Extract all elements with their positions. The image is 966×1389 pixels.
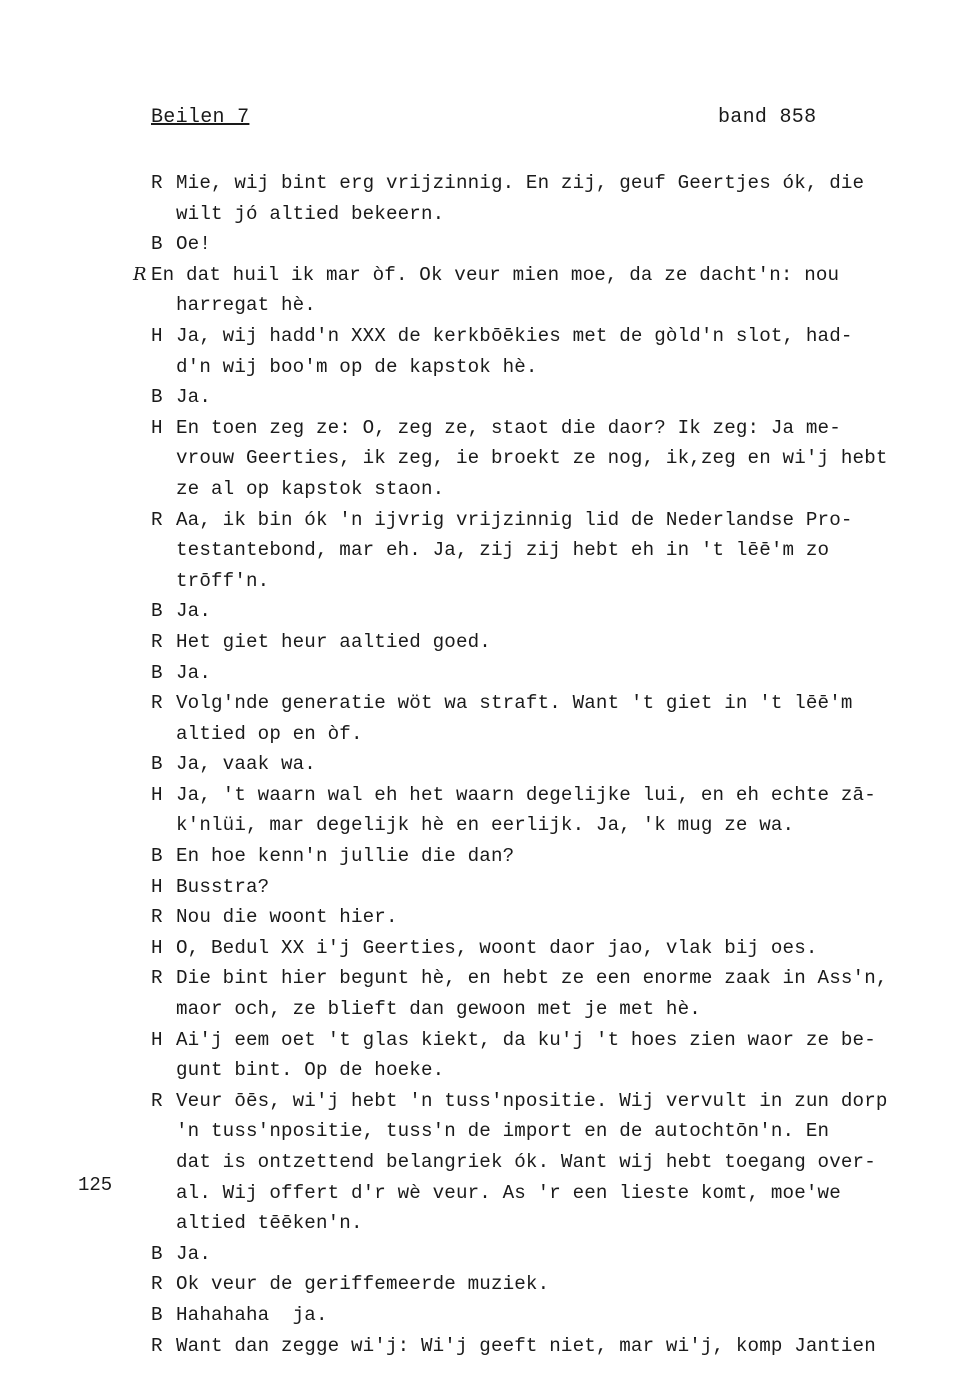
transcript-utterance: RVolg'nde generatie wöt wa straft. Want … — [151, 688, 951, 719]
transcript-utterance: HAi'j eem oet 't glas kiekt, da ku'j 't … — [151, 1025, 951, 1056]
transcript-utterance: HEn toen zeg ze: O, zeg ze, staot die da… — [151, 413, 951, 444]
speaker-label: H — [151, 872, 176, 903]
transcript-continuation: altied tēēken'n. — [151, 1208, 951, 1239]
utterance-text: d'n wij boo'm op de kapstok hè. — [176, 356, 538, 378]
speaker-label: B — [151, 596, 176, 627]
utterance-text: Busstra? — [176, 876, 269, 898]
transcript-utterance: BJa. — [151, 382, 951, 413]
speaker-label: H — [151, 780, 176, 811]
speaker-label: B — [151, 841, 176, 872]
transcript-utterance: RHet giet heur aaltied goed. — [151, 627, 951, 658]
margin-line-number: 125 — [78, 1174, 112, 1196]
utterance-text: ze al op kapstok staon. — [176, 478, 444, 500]
utterance-text: altied op en òf. — [176, 723, 363, 745]
speaker-label: H — [151, 933, 176, 964]
transcript-utterance: BHahahaha ja. — [151, 1300, 951, 1331]
utterance-text: maor och, ze blieft dan gewoon met je me… — [176, 998, 701, 1020]
utterance-text: Mie, wij bint erg vrijzinnig. En zij, ge… — [176, 172, 864, 194]
transcript-continuation: harregat hè. — [151, 290, 951, 321]
transcript-utterance: BJa, vaak wa. — [151, 749, 951, 780]
tape-number-header: band 858 — [718, 106, 816, 129]
transcript-utterance: BJa. — [151, 596, 951, 627]
utterance-text: gunt bint. Op de hoeke. — [176, 1059, 444, 1081]
transcript-body: RMie, wij bint erg vrijzinnig. En zij, g… — [151, 168, 951, 1361]
utterance-text: Veur ōēs, wi'j hebt 'n tuss'npositie. Wi… — [176, 1090, 888, 1112]
transcript-continuation: k'nlüi, mar degelijk hè en eerlijk. Ja, … — [151, 810, 951, 841]
transcript-utterance: BEn hoe kenn'n jullie die dan? — [151, 841, 951, 872]
utterance-text: Ok veur de geriffemeerde muziek. — [176, 1273, 549, 1295]
transcript-utterance: BJa. — [151, 658, 951, 689]
transcript-utterance: RVeur ōēs, wi'j hebt 'n tuss'npositie. W… — [151, 1086, 951, 1117]
utterance-text: Aa, ik bin ók 'n ijvrig vrijzinnig lid d… — [176, 509, 853, 531]
transcript-continuation: REn dat huil ik mar òf. Ok veur mien moe… — [151, 260, 951, 291]
transcript-continuation: trōff'n. — [151, 566, 951, 597]
utterance-text: al. Wij offert d'r wè veur. As 'r een li… — [176, 1182, 841, 1204]
transcript-utterance: RNou die woont hier. — [151, 902, 951, 933]
speaker-label: R — [151, 1086, 176, 1117]
transcript-utterance: ROk veur de geriffemeerde muziek. — [151, 1269, 951, 1300]
speaker-label: B — [151, 1300, 176, 1331]
speaker-label: R — [151, 1331, 176, 1362]
transcript-continuation: dat is ontzettend belangriek ók. Want wi… — [151, 1147, 951, 1178]
handwritten-speaker-mark: R — [133, 260, 147, 291]
utterance-text: Oe! — [176, 233, 211, 255]
speaker-label: R — [151, 505, 176, 536]
transcript-utterance: BJa. — [151, 1239, 951, 1270]
utterance-text: Het giet heur aaltied goed. — [176, 631, 491, 653]
utterance-text: Ja. — [176, 600, 211, 622]
transcript-utterance: BOe! — [151, 229, 951, 260]
transcript-utterance: HO, Bedul XX i'j Geerties, woont daor ja… — [151, 933, 951, 964]
speaker-label: R — [151, 627, 176, 658]
transcript-utterance: HBusstra? — [151, 872, 951, 903]
utterance-text: Hahahaha ja. — [176, 1304, 328, 1326]
speaker-label: R — [151, 902, 176, 933]
utterance-text: Ja. — [176, 386, 211, 408]
document-page: Beilen 7 band 858 RMie, wij bint erg vri… — [0, 0, 966, 1389]
utterance-text: En toen zeg ze: O, zeg ze, staot die dao… — [176, 417, 841, 439]
speaker-label: H — [151, 321, 176, 352]
transcript-continuation: altied op en òf. — [151, 719, 951, 750]
speaker-label: B — [151, 382, 176, 413]
transcript-utterance: RDie bint hier begunt hè, en hebt ze een… — [151, 963, 951, 994]
speaker-label: R — [151, 688, 176, 719]
utterance-text: Ja, vaak wa. — [176, 753, 316, 775]
speaker-label: B — [151, 1239, 176, 1270]
utterance-text: harregat hè. — [176, 294, 316, 316]
transcript-continuation: testantebond, mar eh. Ja, zij zij hebt e… — [151, 535, 951, 566]
utterance-text: En hoe kenn'n jullie die dan? — [176, 845, 514, 867]
utterance-text: En dat huil ik mar òf. Ok veur mien moe,… — [151, 264, 839, 286]
utterance-text: Ja, wij hadd'n XXX de kerkbōēkies met de… — [176, 325, 853, 347]
utterance-text: k'nlüi, mar degelijk hè en eerlijk. Ja, … — [176, 814, 794, 836]
transcript-utterance: HJa, 't waarn wal eh het waarn degelijke… — [151, 780, 951, 811]
speaker-label: R — [151, 1269, 176, 1300]
speaker-label: B — [151, 749, 176, 780]
transcript-continuation: wilt jó altied bekeern. — [151, 199, 951, 230]
transcript-utterance: RWant dan zegge wi'j: Wi'j geeft niet, m… — [151, 1331, 951, 1362]
transcript-continuation: 'n tuss'npositie, tuss'n de import en de… — [151, 1116, 951, 1147]
speaker-label: R — [151, 168, 176, 199]
utterance-text: vrouw Geerties, ik zeg, ie broekt ze nog… — [176, 447, 888, 469]
utterance-text: Ja, 't waarn wal eh het waarn degelijke … — [176, 784, 876, 806]
transcript-continuation: vrouw Geerties, ik zeg, ie broekt ze nog… — [151, 443, 951, 474]
speaker-label: H — [151, 413, 176, 444]
utterance-text: O, Bedul XX i'j Geerties, woont daor jao… — [176, 937, 818, 959]
utterance-text: Ja. — [176, 1243, 211, 1265]
utterance-text: Volg'nde generatie wöt wa straft. Want '… — [176, 692, 853, 714]
speaker-label: R — [151, 963, 176, 994]
utterance-text: dat is ontzettend belangriek ók. Want wi… — [176, 1151, 876, 1173]
utterance-text: trōff'n. — [176, 570, 269, 592]
transcript-continuation: maor och, ze blieft dan gewoon met je me… — [151, 994, 951, 1025]
utterance-text: Die bint hier begunt hè, en hebt ze een … — [176, 967, 888, 989]
utterance-text: Ai'j eem oet 't glas kiekt, da ku'j 't h… — [176, 1029, 876, 1051]
transcript-continuation: d'n wij boo'm op de kapstok hè. — [151, 352, 951, 383]
speaker-label: B — [151, 229, 176, 260]
utterance-text: Ja. — [176, 662, 211, 684]
document-location-header: Beilen 7 — [151, 106, 249, 129]
transcript-continuation: al. Wij offert d'r wè veur. As 'r een li… — [151, 1178, 951, 1209]
utterance-text: testantebond, mar eh. Ja, zij zij hebt e… — [176, 539, 829, 561]
transcript-utterance: RAa, ik bin ók 'n ijvrig vrijzinnig lid … — [151, 505, 951, 536]
transcript-continuation: gunt bint. Op de hoeke. — [151, 1055, 951, 1086]
speaker-label: H — [151, 1025, 176, 1056]
transcript-utterance: HJa, wij hadd'n XXX de kerkbōēkies met d… — [151, 321, 951, 352]
utterance-text: 'n tuss'npositie, tuss'n de import en de… — [176, 1120, 829, 1142]
transcript-utterance: RMie, wij bint erg vrijzinnig. En zij, g… — [151, 168, 951, 199]
speaker-label: B — [151, 658, 176, 689]
transcript-continuation: ze al op kapstok staon. — [151, 474, 951, 505]
utterance-text: Want dan zegge wi'j: Wi'j geeft niet, ma… — [176, 1335, 876, 1357]
utterance-text: altied tēēken'n. — [176, 1212, 363, 1234]
utterance-text: wilt jó altied bekeern. — [176, 203, 444, 225]
utterance-text: Nou die woont hier. — [176, 906, 398, 928]
